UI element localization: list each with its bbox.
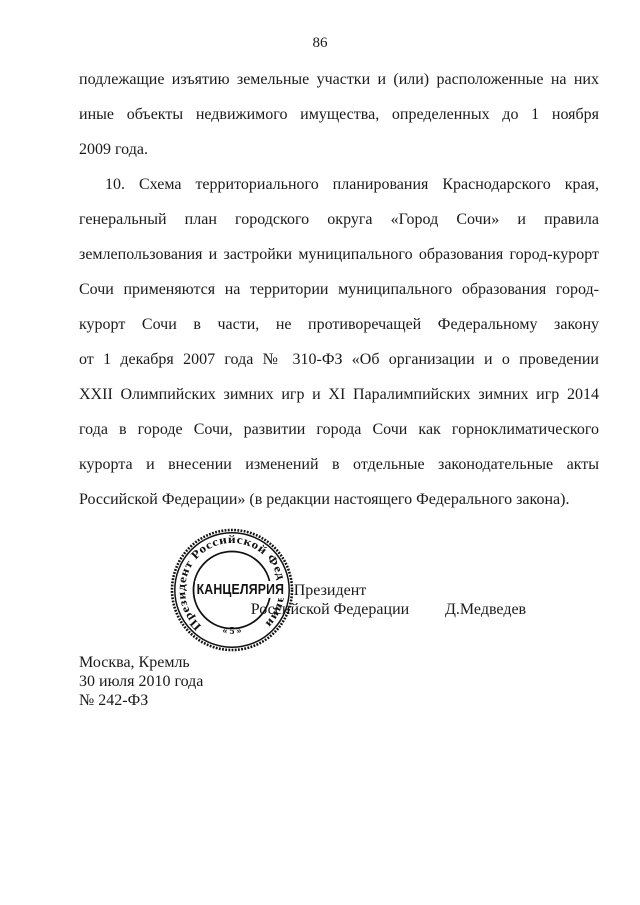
paragraph1-line: иные объекты недвижимого имущества, опре… xyxy=(79,97,599,132)
footer-law-number: № 242-ФЗ xyxy=(79,691,203,710)
paragraph2-line: года в городе Сочи, развитии города Сочи… xyxy=(79,412,599,447)
paragraph2-line: XXII Олимпийских зимних игр и XI Паралим… xyxy=(79,377,599,412)
paragraph1-line: подлежащие изъятию земельные участки и (… xyxy=(79,62,599,97)
footer-city: Москва, Кремль xyxy=(79,653,203,672)
paragraph2-line: курорта и внесении изменений в отдельные… xyxy=(79,447,599,482)
paragraph1-line: 2009 года. xyxy=(79,132,599,167)
document-page: 86 подлежащие изъятию земельные участки … xyxy=(0,0,640,905)
page-number: 86 xyxy=(0,35,640,52)
body-text: подлежащие изъятию земельные участки и (… xyxy=(79,62,599,517)
paragraph2-line: генеральный план городского округа «Горо… xyxy=(79,202,599,237)
stamp-band-text: КАНЦЕЛЯРИЯ xyxy=(195,581,286,598)
footer-block: Москва, Кремль 30 июля 2010 года № 242-Ф… xyxy=(79,653,203,710)
stamp-number-text: « 5 » xyxy=(222,625,243,637)
paragraph2-line: Российской Федерации» (в редакции настоя… xyxy=(79,482,599,517)
paragraph2-line: курорт Сочи в части, не противоречащей Ф… xyxy=(79,307,599,342)
paragraph2-line: Сочи применяются на территории муниципал… xyxy=(79,272,599,307)
paragraph2-line: 10. Схема территориального планирования … xyxy=(79,167,599,202)
paragraph2-line: землепользования и застройки муниципальн… xyxy=(79,237,599,272)
signature-name: Д.Медведев xyxy=(445,600,526,619)
svg-text:« 5 »: « 5 » xyxy=(222,625,243,637)
footer-date: 30 июля 2010 года xyxy=(79,672,203,691)
paragraph2-line: от 1 декабря 2007 года № 310-ФЗ «Об орга… xyxy=(79,342,599,377)
